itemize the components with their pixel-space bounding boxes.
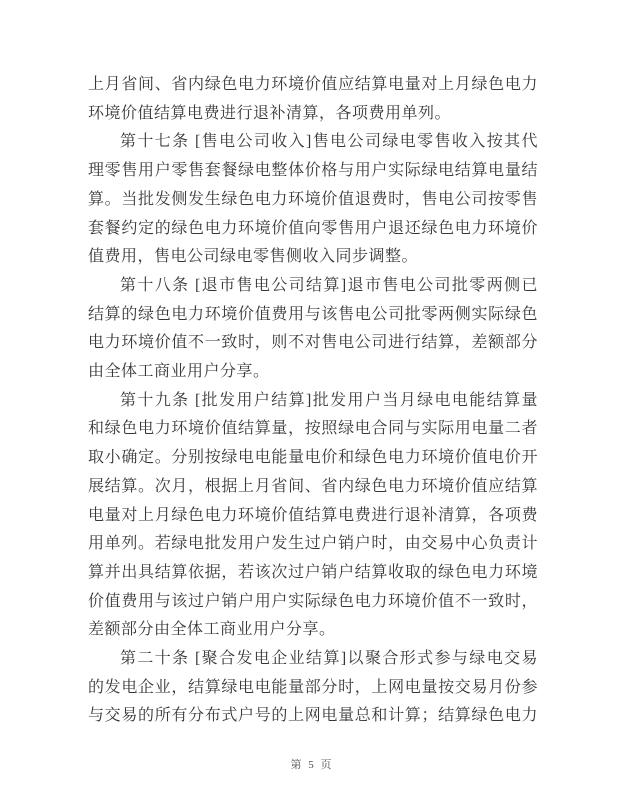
text-line: 的发电企业，结算绿电电能量部分时，上网电量按交易月份参 <box>88 674 538 703</box>
text-line: 算。当批发侧发生绿色电力环境价值退费时，售电公司按零售 <box>88 186 538 215</box>
text-line: 电力环境价值不一致时，则不对售电公司进行结算，差额部分 <box>88 329 538 358</box>
text-line: 电量对上月绿色电力环境价值结算电费进行退补清算，各项费 <box>88 502 538 531</box>
text-line: 取小确定。分别按绿电电能量电价和绿色电力环境价值电价开 <box>88 444 538 473</box>
text-line: 套餐约定的绿色电力环境价值向零售用户退还绿色电力环境价 <box>88 215 538 244</box>
text-line: 环境价值结算电费进行退补清算，各项费用单列。 <box>88 100 538 129</box>
document-body: 上月省间、省内绿色电力环境价值应结算电量对上月绿色电力 环境价值结算电费进行退补… <box>88 71 538 731</box>
text-line: 由全体工商业用户分享。 <box>88 358 538 387</box>
text-line-article-18: 第十八条 [退市售电公司结算]退市售电公司批零两侧已 <box>88 272 538 301</box>
text-line: 结算的绿色电力环境价值费用与该售电公司批零两侧实际绿色 <box>88 301 538 330</box>
text-line-article-17: 第十七条 [售电公司收入]售电公司绿电零售收入按其代 <box>88 128 538 157</box>
text-line: 和绿色电力环境价值结算量，按照绿电合同与实际用电量二者 <box>88 415 538 444</box>
text-line: 差额部分由全体工商业用户分享。 <box>88 616 538 645</box>
text-line: 上月省间、省内绿色电力环境价值应结算电量对上月绿色电力 <box>88 71 538 100</box>
text-line: 值费用，售电公司绿电零售侧收入同步调整。 <box>88 243 538 272</box>
text-line: 价值费用与该过户销户用户实际绿色电力环境价值不一致时， <box>88 588 538 617</box>
text-line: 理零售用户零售套餐绿电整体价格与用户实际绿电结算电量结 <box>88 157 538 186</box>
text-line: 展结算。次月，根据上月省间、省内绿色电力环境价值应结算 <box>88 473 538 502</box>
page-number-footer: 第 5 页 <box>0 758 624 773</box>
text-line-article-20: 第二十条 [聚合发电企业结算]以聚合形式参与绿电交易 <box>88 645 538 674</box>
text-line-article-19: 第十九条 [批发用户结算]批发用户当月绿电电能结算量 <box>88 387 538 416</box>
text-line: 用单列。若绿电批发用户发生过户销户时，由交易中心负责计 <box>88 530 538 559</box>
text-line: 算并出具结算依据，若该次过户销户结算收取的绿色电力环境 <box>88 559 538 588</box>
text-line: 与交易的所有分布式户号的上网电量总和计算；结算绿色电力 <box>88 702 538 731</box>
document-page: 上月省间、省内绿色电力环境价值应结算电量对上月绿色电力 环境价值结算电费进行退补… <box>0 0 624 807</box>
